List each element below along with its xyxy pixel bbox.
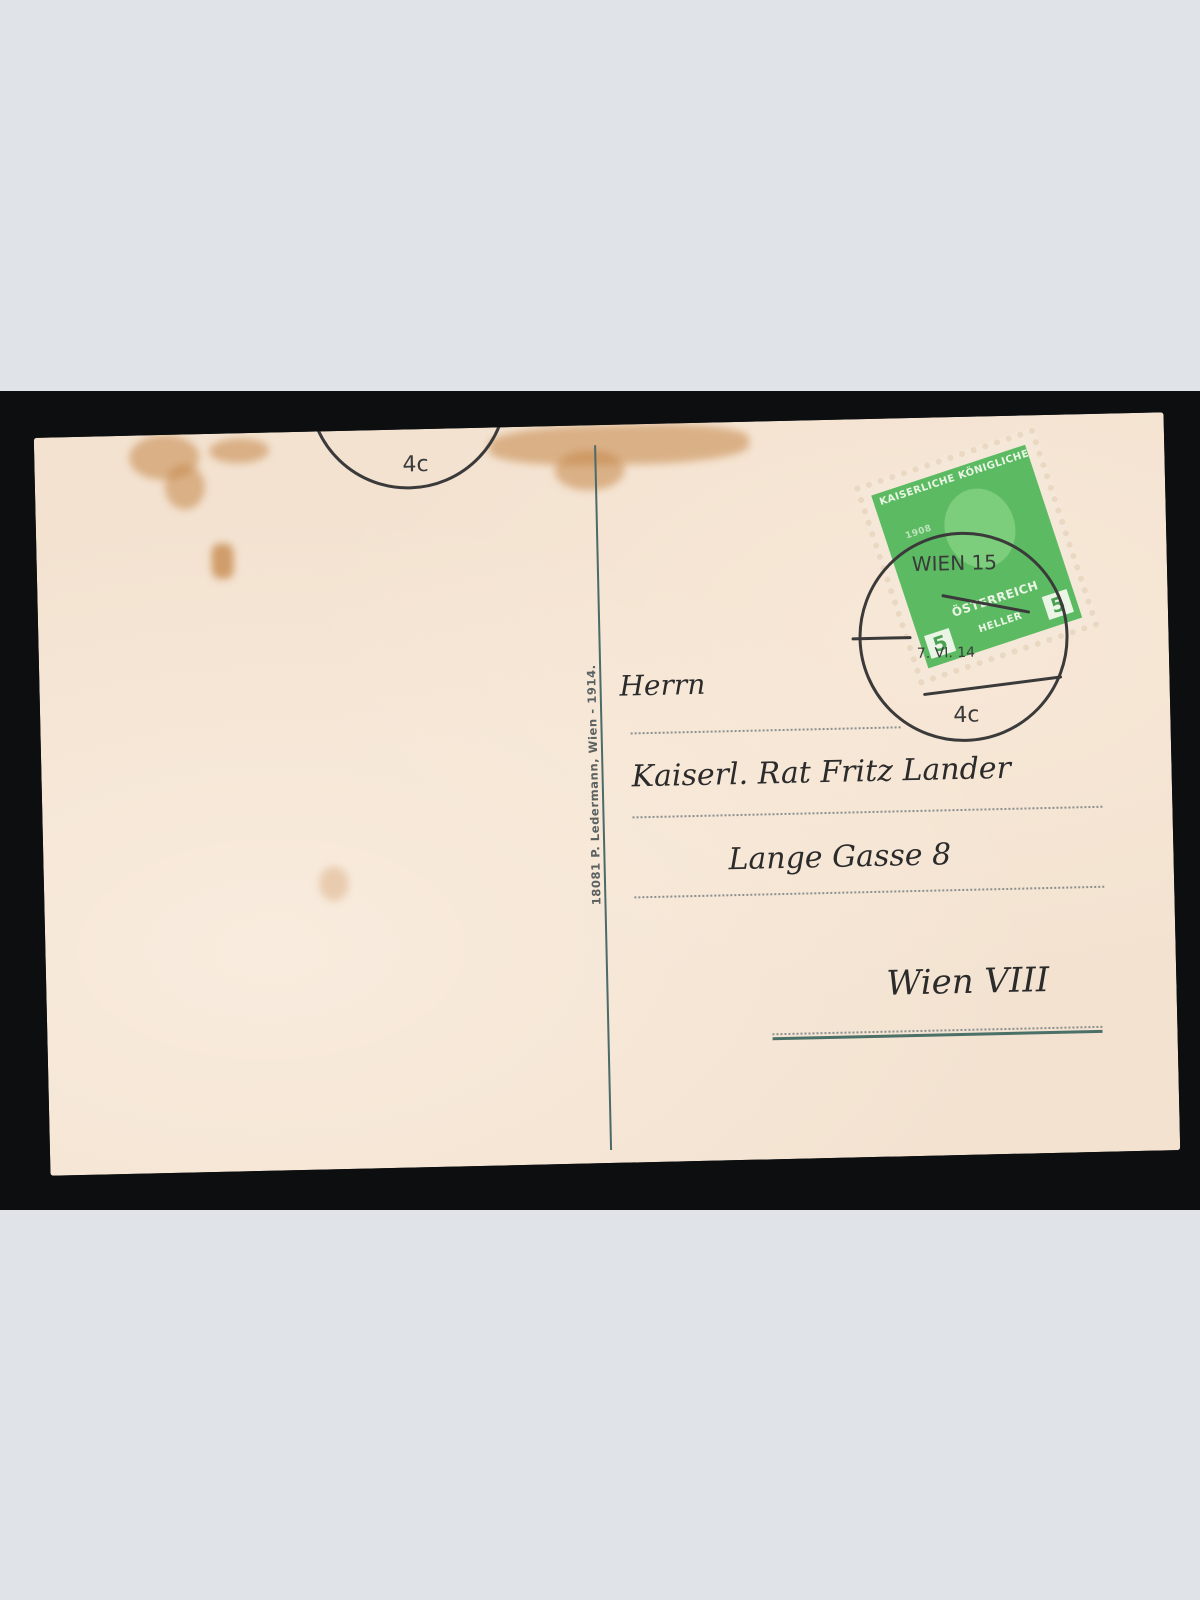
- address-line-4: Wien VIII: [886, 960, 1050, 1004]
- address-line-2: Kaiserl. Rat Fritz Lander: [631, 751, 1011, 795]
- postmark-bar: [923, 675, 1062, 696]
- address-rule-3: [634, 886, 1104, 899]
- stain: [554, 450, 625, 492]
- address-rule-1: [631, 726, 901, 734]
- stain: [211, 543, 234, 578]
- address-line-3: Lange Gasse 8: [728, 837, 951, 877]
- postmark-code: 4c: [953, 703, 980, 729]
- postmark-bar: [852, 636, 912, 640]
- postmark-city: WIEN 15: [912, 550, 998, 576]
- postmark-code: 4c: [402, 452, 429, 478]
- stain: [319, 866, 350, 902]
- address-line-1: Herrn: [619, 668, 706, 703]
- postcard-back: 4c 18081 P. Ledermann, Wien - 1914. KAIS…: [34, 412, 1180, 1175]
- postmark-bar: [941, 594, 1030, 614]
- stain: [209, 438, 270, 464]
- address-rule-4: [772, 1026, 1102, 1035]
- postmark-date: 7. VI. 14: [917, 645, 976, 662]
- address-rule-2: [633, 806, 1103, 819]
- stain: [164, 464, 205, 510]
